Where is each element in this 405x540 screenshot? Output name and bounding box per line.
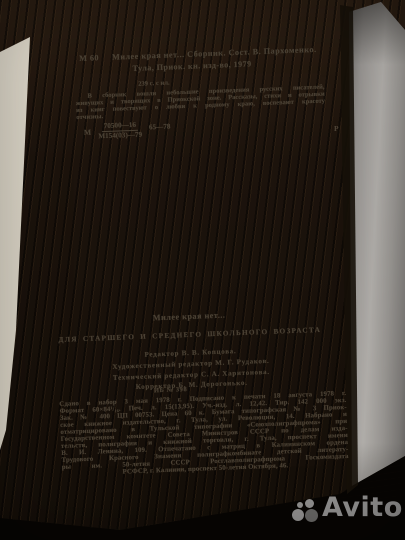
avito-logo-icon	[305, 499, 314, 508]
avito-logo-icon	[297, 502, 303, 508]
staff-credits: Редактор В. В. Копцова. Художественный р…	[40, 342, 341, 397]
formula-prefix: М	[84, 128, 92, 137]
catalog-title: Милее края нет... Сборник. Сост. В. Парх…	[112, 45, 317, 62]
formula-denominator: М154(03)—79	[98, 131, 142, 142]
avito-watermark-text: Avito	[322, 492, 403, 523]
annotation-paragraph: В сборник вошли небольшие произведения р…	[75, 85, 325, 122]
audience-note: ДЛЯ СТАРШЕГО И СРЕДНЕГО ШКОЛЬНОГО ВОЗРАС…	[40, 325, 340, 345]
collation-line: 239 с. с ил.	[138, 80, 170, 88]
publisher-line: Тула, Приок. кн. изд-во, 1979	[132, 59, 251, 73]
formula-fraction: 70500—16 М154(03)—79	[98, 121, 143, 142]
imprint-paragraph: Сдано в набор 3 мая 1978 г. Подписано к …	[59, 390, 349, 478]
imprint-page: М 60Милее края нет... Сборник. Сост. В. …	[0, 0, 356, 536]
half-title: Милее края нет...	[39, 306, 339, 327]
avito-logo-icon	[305, 509, 318, 522]
ib-number: ИБ № 398	[154, 386, 188, 394]
avito-logo-icon	[292, 509, 304, 521]
printed-text: М 60Милее края нет... Сборник. Сост. В. …	[28, 16, 347, 532]
stray-printed-letter: Р	[334, 124, 339, 133]
book-photo: М 60Милее края нет... Сборник. Сост. В. …	[0, 0, 405, 540]
formula-suffix: 65—78	[149, 122, 171, 131]
bbk-index-formula: М 70500—16 М154(03)—79 65—78	[84, 120, 171, 142]
avito-watermark: Avito	[286, 490, 405, 538]
catalog-code: М 60	[79, 53, 99, 63]
